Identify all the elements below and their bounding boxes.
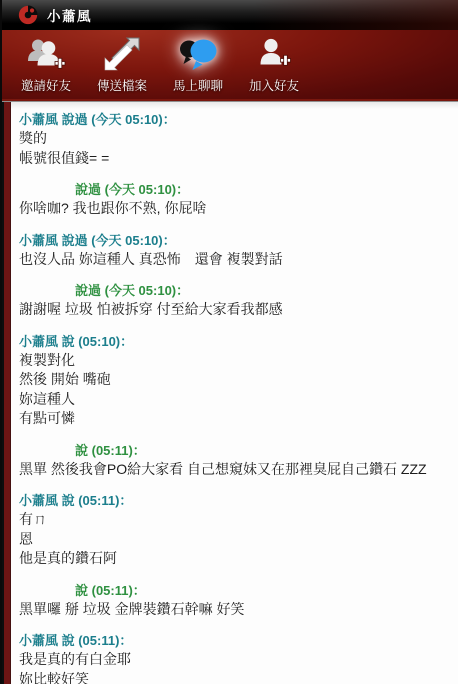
window-left-frame — [2, 102, 11, 684]
message-text: 黑單 然後我會PO給大家看 自己想窺妹又在那裡臭屁自己鑽石 ZZZ — [19, 460, 454, 480]
message-text: 也沒人品 妳這種人 真恐怖 還會 複製對話 — [19, 250, 454, 270]
message-text: 有點可憐 — [19, 409, 454, 429]
chat-message: 小蕭風 說過 (今天 05:10)：也沒人品 妳這種人 真恐怖 還會 複製對話 — [19, 231, 454, 270]
window-title: 小蕭風 — [47, 5, 92, 25]
chat-log[interactable]: 小蕭風 說過 (今天 05:10)：獎的帳號很值錢= =說過 (今天 05:10… — [11, 102, 458, 684]
chat-message: 說 (05:11)：黑單囉 掰 垃圾 金牌裝鑽石幹嘛 好笑 — [19, 581, 454, 620]
chat-window: 小蕭風 邀請好友 — [0, 0, 458, 684]
chat-message: 小蕭風 說過 (今天 05:10)：獎的帳號很值錢= = — [19, 110, 454, 168]
chat-message: 說過 (今天 05:10)：謝謝喔 垃圾 怕被拆穿 付至給大家看我都感 — [19, 281, 454, 320]
invite-friends-icon — [25, 34, 67, 74]
message-header: 小蕭風 說過 (今天 05:10)： — [19, 110, 454, 129]
chat-message: 說 (05:11)：黑單 然後我會PO給大家看 自己想窺妹又在那裡臭屁自己鑽石 … — [19, 441, 454, 480]
message-text: 帳號很值錢= = — [19, 149, 454, 169]
message-header: 說過 (今天 05:10)： — [19, 281, 454, 300]
message-text: 謝謝喔 垃圾 怕被拆穿 付至給大家看我都感 — [19, 300, 454, 320]
send-file-icon — [103, 34, 141, 74]
toolbar-label: 邀請好友 — [21, 76, 71, 94]
toolbar-label: 傳送檔案 — [97, 76, 147, 94]
message-text: 你啥咖? 我也跟你不熟, 你屁啥 — [19, 199, 454, 219]
message-header: 小蕭風 說 (05:10)： — [19, 332, 454, 351]
message-text: 黑單囉 掰 垃圾 金牌裝鑽石幹嘛 好笑 — [19, 600, 454, 620]
message-header: 說過 (今天 05:10)： — [19, 180, 454, 199]
titlebar[interactable]: 小蕭風 — [2, 0, 458, 30]
chat-now-icon — [176, 34, 220, 74]
message-header: 小蕭風 說過 (今天 05:10)： — [19, 231, 454, 250]
message-text: 我是真的有白金耶 — [19, 650, 454, 670]
message-text: 妳比較好笑 — [19, 670, 454, 684]
garena-logo-icon — [17, 4, 39, 26]
chat-message: 小蕭風 說 (05:10)：複製對化然後 開始 嘴砲妳這種人有點可憐 — [19, 332, 454, 429]
toolbar-button-chat-now[interactable]: 馬上聊聊 — [166, 33, 230, 94]
message-header: 小蕭風 說 (05:11)： — [19, 491, 454, 510]
chat-area: 小蕭風 說過 (今天 05:10)：獎的帳號很值錢= =說過 (今天 05:10… — [2, 101, 458, 684]
toolbar-button-invite-friends[interactable]: 邀請好友 — [14, 33, 78, 94]
message-text: 然後 開始 嘴砲 — [19, 370, 454, 390]
toolbar-button-send-file[interactable]: 傳送檔案 — [90, 33, 154, 94]
toolbar: 邀請好友 傳送檔案 馬上聊聊 — [2, 30, 458, 101]
toolbar-button-add-friend[interactable]: 加入好友 — [242, 33, 306, 94]
toolbar-label: 馬上聊聊 — [173, 76, 223, 94]
message-text: 獎的 — [19, 129, 454, 149]
message-text: 妳這種人 — [19, 390, 454, 410]
message-text: 複製對化 — [19, 351, 454, 371]
add-friend-icon — [256, 34, 292, 74]
message-header: 說 (05:11)： — [19, 441, 454, 460]
message-text: 有ㄇ — [19, 510, 454, 530]
message-header: 說 (05:11)： — [19, 581, 454, 600]
chat-message: 說過 (今天 05:10)：你啥咖? 我也跟你不熟, 你屁啥 — [19, 180, 454, 219]
chat-message: 小蕭風 說 (05:11)：有ㄇ恩他是真的鑽石阿 — [19, 491, 454, 569]
message-header: 小蕭風 說 (05:11)： — [19, 631, 454, 650]
message-text: 恩 — [19, 530, 454, 550]
chat-message: 小蕭風 說 (05:11)：我是真的有白金耶妳比較好笑 — [19, 631, 454, 684]
toolbar-label: 加入好友 — [249, 76, 299, 94]
message-text: 他是真的鑽石阿 — [19, 549, 454, 569]
